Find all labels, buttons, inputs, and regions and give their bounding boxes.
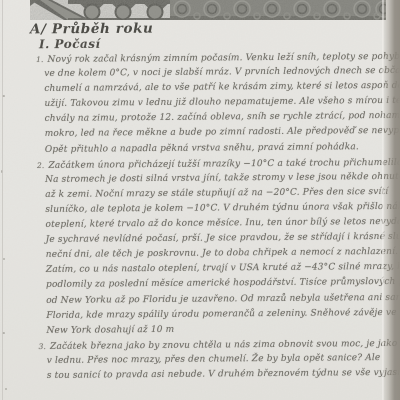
handwritten-text: 1.Nový rok začal krásným zimním počasím.… bbox=[36, 49, 391, 384]
scan-edge-line bbox=[2, 0, 3, 400]
scan-speck bbox=[5, 388, 7, 390]
paragraph-number: 3. bbox=[39, 339, 51, 354]
text-line-content: Začátek března jako by znovu chtěla u ná… bbox=[50, 339, 398, 352]
paragraph-number: 2. bbox=[37, 158, 49, 173]
text-line-content: Nový rok začal krásným zimním počasím. V… bbox=[47, 52, 400, 65]
text-line: Florida, kde mrazy spálily úrodu pomeran… bbox=[46, 306, 390, 324]
paragraph-3: 3.Začátek března jako by znovu chtěla u … bbox=[39, 336, 391, 384]
chronicle-page: A/ Průběh roku I. Počasí 1.Nový rok zača… bbox=[0, 0, 400, 400]
page-edge-shadow bbox=[382, 0, 400, 400]
paragraph-2: 2.Začátkem února přicházejí tužší mrazík… bbox=[37, 155, 391, 339]
paragraph-number: 1. bbox=[36, 52, 48, 67]
paragraph-1: 1.Nový rok začal krásným zimním počasím.… bbox=[36, 49, 389, 158]
text-line: s tou sanicí to pravda asi nebude. V dru… bbox=[47, 366, 391, 384]
subsection-heading: I. Počasí bbox=[39, 37, 101, 51]
ornamental-border bbox=[30, 0, 386, 20]
section-heading: A/ Průběh roku bbox=[30, 21, 154, 38]
text-line-content: Začátkem února přicházejí tužší mrazíky … bbox=[48, 157, 400, 170]
scan-speck bbox=[3, 258, 5, 260]
